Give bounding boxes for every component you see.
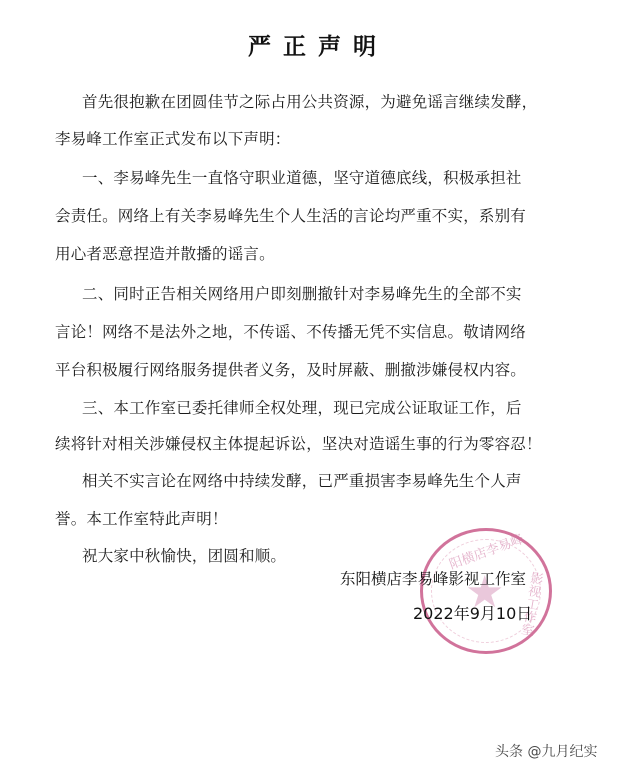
paragraph-line-intro-2: 李易峰工作室正式发布以下声明： [55,127,291,149]
paragraph-line-point1-2: 会责任。网络上有关李易峰先生个人生活的言论均严重不实，系别有 [55,204,526,226]
paragraph-line-intro-1: 首先很抱歉在团圆佳节之际占用公共资源，为避免谣言继续发酵， [82,90,537,112]
official-seal: ★ 阳横店李易峰 影视工作室 [420,528,552,654]
document-title: 严正声明 [0,28,624,61]
paragraph-line-point2-3: 平台积极履行网络服务提供者义务，及时屏蔽、删撤涉嫌侵权内容。 [55,358,526,380]
paragraph-line-closing-1: 相关不实言论在网络中持续发酵，已严重损害李易峰先生个人声 [82,469,522,491]
paragraph-line-point3-1: 三、本工作室已委托律师全权处理，现已完成公证取证工作，后 [82,396,522,418]
paragraph-line-point1-1: 一、李易峰先生一直恪守职业道德，坚守道德底线，积极承担社 [82,166,522,188]
paragraph-line-point3-2: 续将针对相关涉嫌侵权主体提起诉讼，坚决对造谣生事的行为零容忍！ [55,432,542,454]
source-watermark: 头条 @九月纪实 [495,741,597,761]
issuer-signature: 东阳横店李易峰影视工作室 [340,567,526,589]
issue-date: 2022年9月10日 [413,601,532,624]
paragraph-line-greeting: 祝大家中秋愉快，团圆和顺。 [82,544,286,566]
paragraph-line-closing-2: 誉。本工作室特此声明！ [55,507,228,529]
paragraph-line-point2-2: 言论！网络不是法外之地，不传谣、不传播无凭不实信息。敬请网络 [55,320,526,342]
paragraph-line-point1-3: 用心者恶意捏造并散播的谣言。 [55,242,275,264]
paragraph-line-point2-1: 二、同时正告相关网络用户即刻删撤针对李易峰先生的全部不实 [82,282,522,304]
